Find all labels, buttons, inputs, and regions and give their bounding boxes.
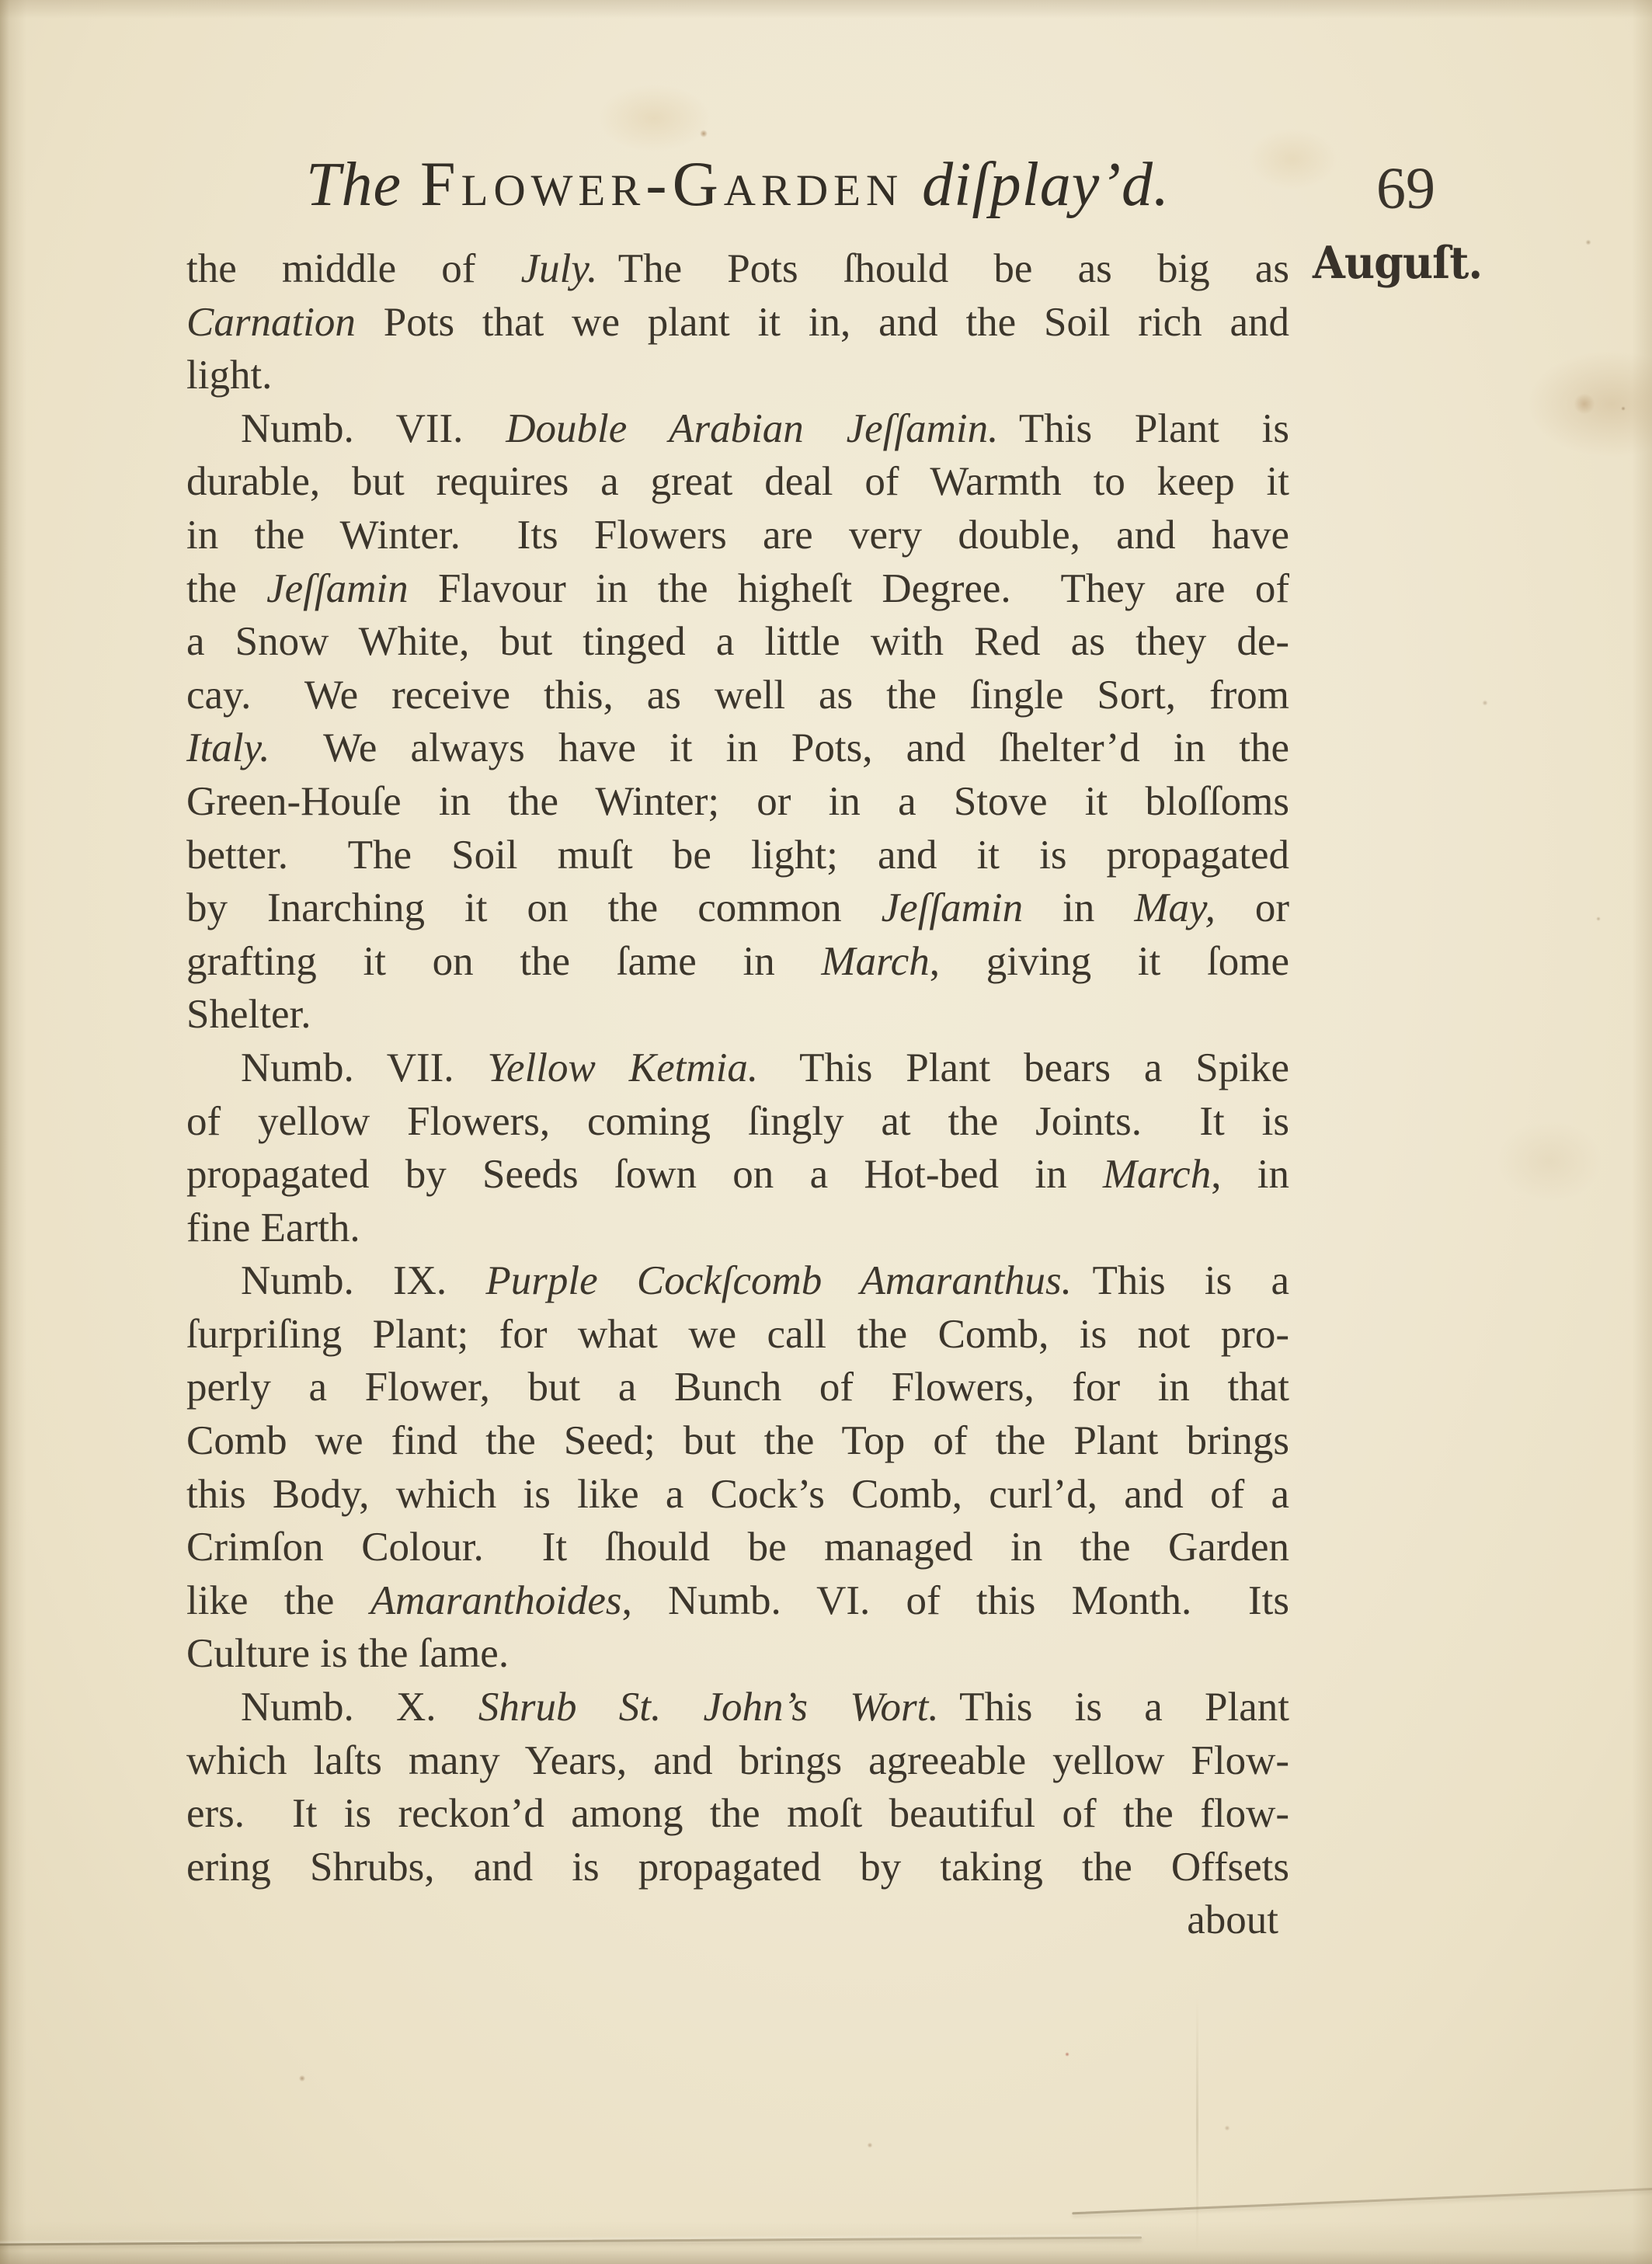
roman-text: light. <box>186 353 272 398</box>
text-line: like the Amaranthoides, Numb. VI. of thi… <box>186 1574 1289 1628</box>
month-margin-note: Auguſt. <box>1313 236 1482 288</box>
header-word-the: The <box>306 151 402 219</box>
roman-text: , giving it ſome <box>930 939 1289 984</box>
text-line: by Inarching it on the common Jeſſamin i… <box>186 882 1289 935</box>
roman-text: about <box>1187 1897 1278 1942</box>
book-page: TheFlower-Gardendiſplay’d. 69 Auguſt. th… <box>0 0 1652 2264</box>
roman-text: perly a Flower, but a Bunch of Flowers, … <box>186 1365 1289 1410</box>
italic-text: Double Arabian Jeſſamin. <box>506 406 1019 451</box>
italic-text: Carnation <box>186 300 356 345</box>
paper-deckle-edge-left <box>0 2236 1142 2245</box>
italic-text: Shrub St. John’s Wort. <box>478 1685 959 1730</box>
roman-text: in <box>1023 885 1134 930</box>
roman-text: which laſts many Years, and brings agree… <box>186 1738 1289 1783</box>
text-line: cay. We receive this, as well as the ſin… <box>186 669 1289 722</box>
roman-text: the middle of <box>186 246 521 291</box>
italic-text: March <box>821 939 929 984</box>
roman-text: Numb. VII. <box>241 1045 487 1090</box>
roman-text: Culture is the ſame. <box>186 1631 509 1676</box>
roman-text: This Plant is <box>1019 406 1289 451</box>
roman-text: This Plant bears a Spike <box>779 1045 1289 1090</box>
text-line: Numb. VII. Yellow Ketmia. This Plant bea… <box>186 1042 1289 1095</box>
header-word-displayd: diſplay’d. <box>922 151 1170 219</box>
roman-text: like the <box>186 1578 370 1623</box>
body-text: the middle of July. The Pots ſhould be a… <box>186 242 1289 1947</box>
roman-text: cay. We receive this, as well as the ſin… <box>186 673 1289 718</box>
roman-text: We always have it in Pots, and ſhelter’d… <box>270 725 1289 770</box>
page-number: 69 <box>1376 155 1435 223</box>
roman-text: or <box>1216 885 1289 930</box>
text-line: light. <box>186 349 1289 402</box>
italic-text: Italy. <box>186 725 270 770</box>
roman-text: The Pots ſhould be as big as <box>618 246 1289 291</box>
roman-text: ers. It is reckon’d among the moſt beaut… <box>186 1791 1289 1836</box>
text-line: grafting it on the ſame in March, giving… <box>186 935 1289 989</box>
roman-text: this Body, which is like a Cock’s Comb, … <box>186 1472 1289 1517</box>
text-line: Culture is the ſame. <box>186 1627 1289 1681</box>
text-line: Italy. We always have it in Pots, and ſh… <box>186 722 1289 775</box>
text-line: Shelter. <box>186 988 1289 1042</box>
text-line: Crimſon Colour. It ſhould be managed in … <box>186 1521 1289 1574</box>
text-line: fine Earth. <box>186 1202 1289 1255</box>
italic-text: Jeſſamin <box>266 566 409 611</box>
roman-text: Numb. VII. <box>241 406 506 451</box>
paper-deckle-edge-right <box>1072 2187 1652 2215</box>
italic-text: July. <box>521 246 618 291</box>
roman-text: of yellow Flowers, coming ſingly at the … <box>186 1099 1289 1144</box>
text-line: which laſts many Years, and brings agree… <box>186 1734 1289 1788</box>
roman-text: Pots that we plant it in, and the Soil r… <box>356 300 1289 345</box>
text-line: perly a Flower, but a Bunch of Flowers, … <box>186 1361 1289 1414</box>
roman-text: This is a Plant <box>959 1685 1289 1730</box>
text-line: ſurpriſing Plant; for what we call the C… <box>186 1308 1289 1362</box>
italic-text: Yellow Ketmia. <box>487 1045 778 1090</box>
roman-text: fine Earth. <box>186 1205 360 1250</box>
roman-text: Comb we find the Seed; but the Top of th… <box>186 1418 1289 1463</box>
text-line: Comb we find the Seed; but the Top of th… <box>186 1414 1289 1468</box>
roman-text: This is a <box>1092 1258 1289 1303</box>
roman-text: propagated by Seeds ſown on a Hot-bed in <box>186 1152 1103 1197</box>
roman-text: , Numb. VI. of this Month. Its <box>622 1578 1289 1623</box>
italic-text: Purple Cockſcomb Amaranthus. <box>485 1258 1092 1303</box>
italic-text: Jeſſamin <box>882 885 1024 930</box>
text-line: durable, but requires a great deal of Wa… <box>186 455 1289 509</box>
text-line: ers. It is reckon’d among the moſt beaut… <box>186 1787 1289 1841</box>
italic-text: May, <box>1134 885 1216 930</box>
text-line: Numb. IX. Purple Cockſcomb Amaranthus. T… <box>186 1254 1289 1308</box>
text-line: the Jeſſamin Flavour in the higheſt Degr… <box>186 562 1289 616</box>
roman-text: , in <box>1211 1152 1289 1197</box>
text-line: the middle of July. The Pots ſhould be a… <box>186 242 1289 296</box>
italic-text: March <box>1103 1152 1211 1197</box>
text-line: a Snow White, but tinged a little with R… <box>186 615 1289 669</box>
text-line: of yellow Flowers, coming ſingly at the … <box>186 1095 1289 1149</box>
paper-crease <box>1196 1996 1198 2252</box>
text-line: this Body, which is like a Cock’s Comb, … <box>186 1468 1289 1522</box>
text-line: ering Shrubs, and is propagated by takin… <box>186 1841 1289 1894</box>
roman-text: the <box>186 566 266 611</box>
roman-text: grafting it on the ſame in <box>186 939 821 984</box>
text-line: better. The Soil muſt be light; and it i… <box>186 829 1289 882</box>
roman-text: Shelter. <box>186 992 311 1037</box>
header-title-flower-garden: Flower-Garden <box>420 148 903 219</box>
roman-text: ſurpriſing Plant; for what we call the C… <box>186 1312 1289 1357</box>
roman-text: Flavour in the higheſt Degree. They are … <box>409 566 1289 611</box>
roman-text: Numb. X. <box>241 1685 478 1730</box>
running-header: TheFlower-Gardendiſplay’d. <box>186 148 1289 221</box>
roman-text: ering Shrubs, and is propagated by takin… <box>186 1845 1289 1890</box>
text-line: Carnation Pots that we plant it in, and … <box>186 296 1289 350</box>
text-line: Green-Houſe in the Winter; or in a Stove… <box>186 775 1289 829</box>
text-line: Numb. VII. Double Arabian Jeſſamin. This… <box>186 402 1289 456</box>
roman-text: durable, but requires a great deal of Wa… <box>186 459 1289 504</box>
text-line: propagated by Seeds ſown on a Hot-bed in… <box>186 1148 1289 1202</box>
roman-text: Crimſon Colour. It ſhould be managed in … <box>186 1525 1289 1570</box>
catchword: about <box>186 1894 1289 1947</box>
text-line: in the Winter. Its Flowers are very doub… <box>186 509 1289 562</box>
roman-text: by Inarching it on the common <box>186 885 882 930</box>
roman-text: Green-Houſe in the Winter; or in a Stove… <box>186 779 1289 824</box>
roman-text: better. The Soil muſt be light; and it i… <box>186 833 1289 878</box>
roman-text: in the Winter. Its Flowers are very doub… <box>186 513 1289 558</box>
text-line: Numb. X. Shrub St. John’s Wort. This is … <box>186 1681 1289 1734</box>
italic-text: Amaranthoides <box>370 1578 622 1623</box>
roman-text: a Snow White, but tinged a little with R… <box>186 619 1289 664</box>
roman-text: Numb. IX. <box>241 1258 485 1303</box>
